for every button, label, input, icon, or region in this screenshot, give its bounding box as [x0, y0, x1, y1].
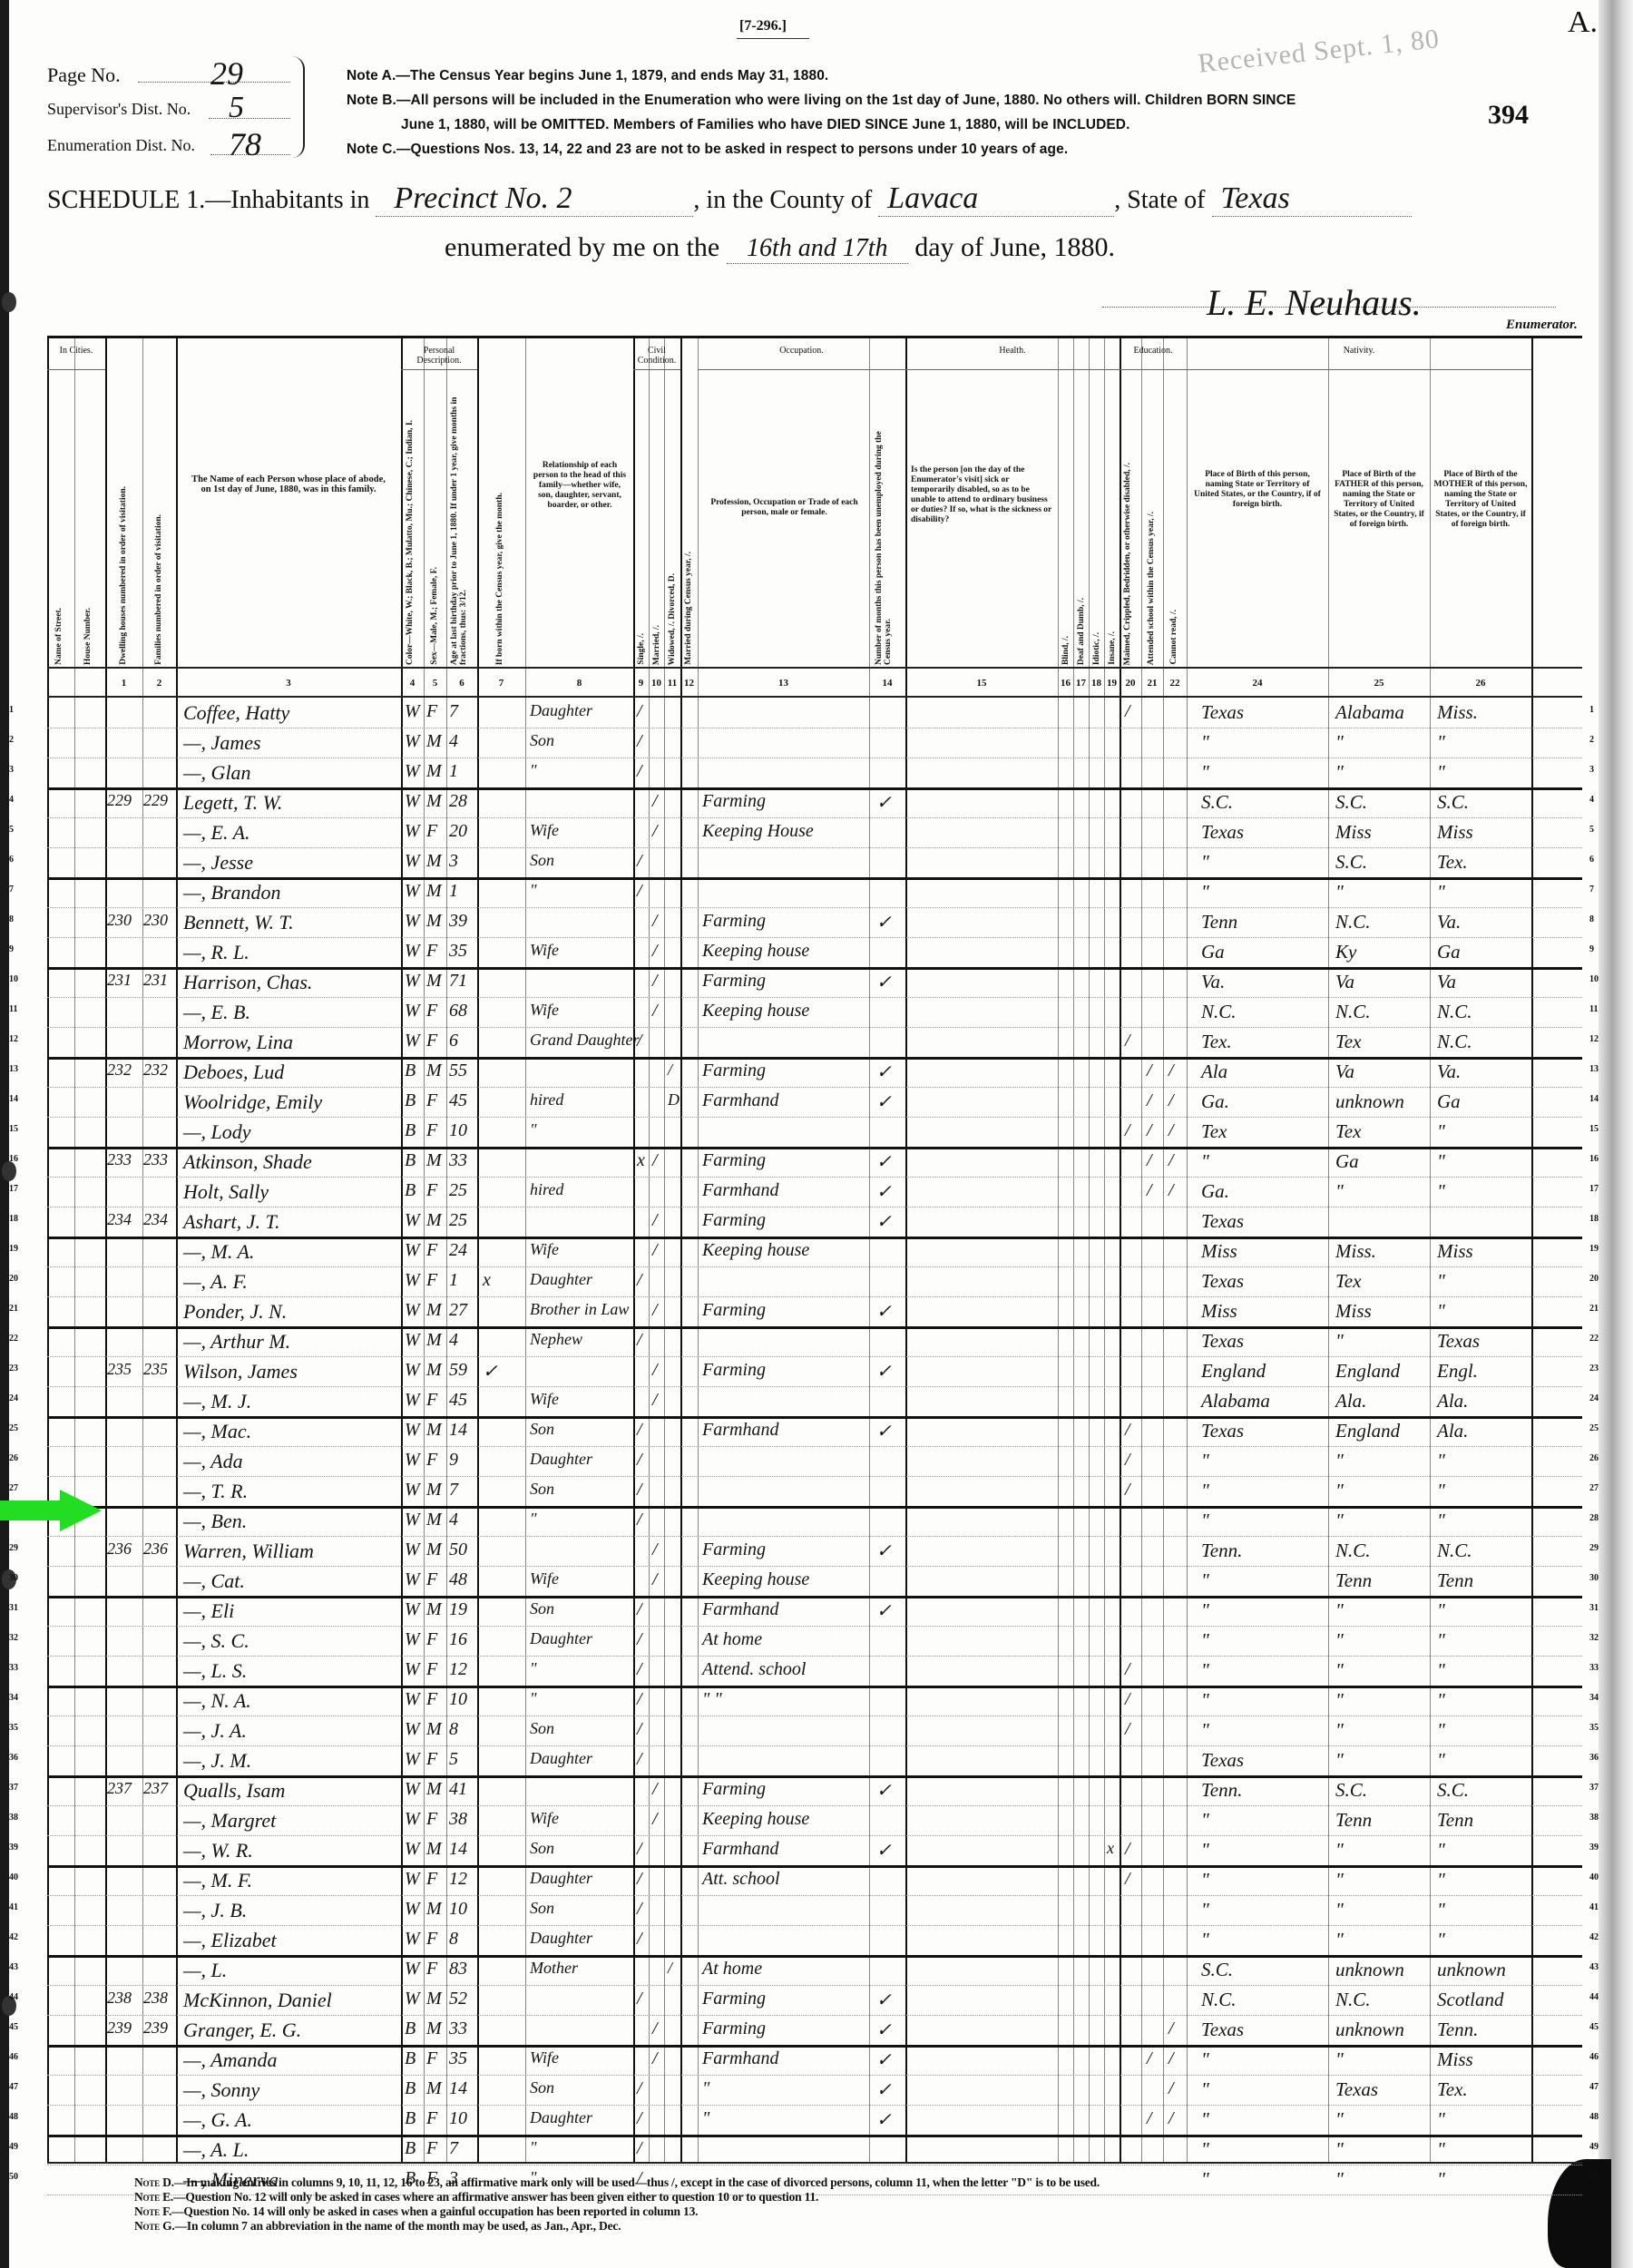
- line-number-left: 23: [9, 1364, 18, 1374]
- line-number-right: 28: [1589, 1513, 1599, 1523]
- mother-birthplace: ": [1437, 1510, 1445, 1532]
- birthplace: Miss: [1201, 1240, 1237, 1263]
- family-number: 233: [143, 1150, 168, 1169]
- line-number-right: 26: [1589, 1453, 1599, 1463]
- mother-birthplace: Ga: [1437, 941, 1461, 963]
- relationship: Nephew: [530, 1330, 582, 1349]
- person-name: Morrow, Lina: [183, 1031, 293, 1054]
- person-name: Granger, E. G.: [183, 2019, 301, 2042]
- color: W: [405, 1330, 420, 1351]
- dwelling-number: 229: [107, 791, 132, 810]
- sex: F: [426, 1689, 437, 1710]
- sex: F: [426, 1120, 437, 1141]
- sex: M: [426, 1599, 442, 1620]
- married-mark: /: [652, 1360, 658, 1381]
- father-birthplace: S.C.: [1335, 791, 1367, 814]
- months-unemployed: ✓: [876, 2048, 892, 2071]
- table-row: 1717Holt, SallyBF25hiredFarmhand✓//Ga."": [47, 1177, 1582, 1207]
- occupation: At home: [702, 1959, 762, 1980]
- line-number-left: 8: [9, 914, 14, 924]
- line-number-right: 6: [1589, 855, 1594, 865]
- person-name: —, S. C.: [183, 1629, 249, 1653]
- person-name: Woolridge, Emily: [183, 1090, 322, 1114]
- colnum-24: 24: [1187, 678, 1328, 689]
- single-mark: /: [637, 1420, 642, 1441]
- line-number-left: 25: [9, 1423, 18, 1433]
- mother-birthplace: ": [1437, 1450, 1445, 1472]
- header-col-13: Profession, Occupation or Trade of each …: [709, 498, 859, 518]
- dwelling-number: 230: [107, 911, 132, 930]
- line-number-right: 47: [1589, 2082, 1599, 2092]
- occupation: Farmhand: [702, 1839, 778, 1860]
- color: W: [405, 1569, 420, 1590]
- person-name: McKinnon, Daniel: [183, 1989, 332, 2012]
- birthplace: N.C.: [1201, 1001, 1237, 1023]
- birthplace: ": [1201, 1809, 1209, 1832]
- sex: M: [426, 1420, 442, 1441]
- relationship: ": [530, 1689, 537, 1708]
- colnum-17: 17: [1073, 678, 1089, 689]
- age: 14: [449, 1839, 467, 1860]
- scan-right-edge: [1599, 0, 1633, 2268]
- mother-birthplace: Tenn: [1437, 1809, 1473, 1832]
- months-unemployed: ✓: [876, 1599, 892, 1622]
- line-number-left: 13: [9, 1064, 18, 1074]
- age: 10: [449, 1689, 467, 1710]
- mother-birthplace: ": [1437, 2138, 1445, 2161]
- colnum-12: 12: [680, 678, 698, 689]
- line-number-left: 19: [9, 1244, 18, 1254]
- enumeration-label: Enumeration Dist. No.: [47, 136, 195, 154]
- header-house-number: House Number.: [83, 608, 93, 665]
- table-row: 4848—, G. A.BF10Daughter/"✓//""": [47, 2105, 1582, 2137]
- page-meta: Page No. 29 Supervisor's Dist. No. 5 Enu…: [47, 64, 292, 172]
- birthplace: ": [1201, 1929, 1209, 1951]
- table-row: 3838—, MargretWF38Wife/Keeping house"Ten…: [47, 1805, 1582, 1836]
- table-row: 2828—, Ben.WM4"/""": [47, 1506, 1582, 1537]
- dwelling-number: 234: [107, 1210, 132, 1229]
- sex: F: [426, 941, 437, 962]
- mother-birthplace: ": [1437, 1899, 1445, 1921]
- person-name: —, Arthur M.: [183, 1330, 290, 1354]
- age: 12: [449, 1869, 467, 1890]
- line-number-left: 49: [9, 2142, 18, 2152]
- birth-month: x: [483, 1270, 491, 1291]
- single-mark: /: [637, 1719, 642, 1740]
- family-number: 235: [143, 1360, 168, 1379]
- colnum-9: 9: [633, 678, 649, 689]
- single-mark: /: [637, 1031, 642, 1051]
- header-col-24: Place of Birth of this person, naming St…: [1192, 470, 1323, 510]
- sex: M: [426, 1330, 442, 1351]
- mother-birthplace: Tex.: [1437, 2078, 1468, 2101]
- table-row: 3535—, J. A.WM8Son//""": [47, 1716, 1582, 1746]
- line-number-right: 16: [1589, 1154, 1599, 1164]
- line-number-left: 33: [9, 1663, 18, 1673]
- attended-school-mark: /: [1125, 1450, 1130, 1471]
- relationship: Daughter: [530, 1629, 592, 1648]
- line-number-right: 12: [1589, 1034, 1599, 1044]
- header-col-18: Idiotic, /.: [1092, 632, 1101, 665]
- relationship: Son: [530, 1420, 554, 1439]
- age: 25: [449, 1210, 467, 1231]
- age: 71: [449, 971, 467, 992]
- sex: F: [426, 1929, 437, 1950]
- birthplace: ": [1201, 881, 1209, 904]
- cannot-write-mark: /: [1169, 1061, 1174, 1081]
- father-birthplace: Tex: [1335, 1031, 1361, 1053]
- group-personal: Personal Description.: [401, 346, 477, 366]
- table-row: 3232—, S. C.WF16Daughter/At home""": [47, 1626, 1582, 1657]
- line-number-left: 14: [9, 1094, 18, 1104]
- table-row: 22—, JamesWM4Son/""": [47, 728, 1582, 758]
- colnum-16: 16: [1058, 678, 1073, 689]
- age: 25: [449, 1180, 467, 1201]
- father-birthplace: ": [1335, 1839, 1344, 1862]
- header-col-2: Families numbered in order of visitation…: [154, 514, 163, 665]
- single-mark: /: [637, 851, 642, 872]
- single-mark: /: [637, 701, 642, 722]
- color: B: [405, 1150, 416, 1171]
- age: 59: [449, 1360, 467, 1381]
- person-name: Deboes, Lud: [183, 1061, 284, 1084]
- header-col-14: Number of months this person has been un…: [875, 420, 898, 665]
- occupation: Farmhand: [702, 1090, 778, 1111]
- color: W: [405, 791, 420, 812]
- person-name: —, Eli: [183, 1599, 234, 1623]
- occupation: Keeping house: [702, 1809, 809, 1830]
- married-mark: /: [652, 971, 658, 992]
- age: 14: [449, 1420, 467, 1441]
- line-number-left: 10: [9, 974, 18, 984]
- line-number-left: 34: [9, 1693, 18, 1703]
- header-col-1: Dwelling houses numbered in order of vis…: [119, 486, 128, 665]
- father-birthplace: ": [1335, 1510, 1344, 1532]
- married-mark: /: [652, 911, 658, 932]
- sex: M: [426, 911, 442, 932]
- months-unemployed: ✓: [876, 1779, 892, 1802]
- birthplace: ": [1201, 1689, 1209, 1712]
- table-row: 1818234234Ashart, J. T.WM25/Farming✓Texa…: [47, 1207, 1582, 1239]
- months-unemployed: ✓: [876, 1090, 892, 1113]
- enumeration-dist-value: 78: [229, 125, 261, 163]
- header-col-25: Place of Birth of the FATHER of this per…: [1332, 470, 1426, 530]
- table-row: 55—, E. A.WF20Wife/Keeping HouseTexasMis…: [47, 817, 1582, 848]
- color: B: [405, 1061, 416, 1081]
- person-name: Qualls, Isam: [183, 1779, 285, 1803]
- person-name: —, James: [183, 731, 261, 755]
- colnum-1: 1: [105, 678, 142, 689]
- color: W: [405, 1959, 420, 1980]
- occupation: Keeping house: [702, 1001, 809, 1022]
- months-unemployed: ✓: [876, 1420, 892, 1442]
- dwelling-number: 231: [107, 971, 132, 990]
- mother-birthplace: N.C.: [1437, 1001, 1472, 1023]
- family-number: 231: [143, 971, 168, 990]
- table-row: 3333—, L. S.WF12"/Attend. school/""": [47, 1656, 1582, 1688]
- person-name: —, A. L.: [183, 2138, 249, 2162]
- line-number-right: 7: [1589, 885, 1594, 894]
- color: W: [405, 881, 420, 902]
- color: W: [405, 761, 420, 782]
- colnum-4: 4: [401, 678, 424, 689]
- mother-birthplace: Ala.: [1437, 1420, 1468, 1442]
- single-mark: /: [637, 1629, 642, 1650]
- line-number-left: 3: [9, 765, 14, 775]
- sex: F: [426, 1031, 437, 1051]
- line-number-right: 17: [1589, 1184, 1599, 1194]
- relationship: ": [530, 1120, 537, 1139]
- color: W: [405, 1300, 420, 1321]
- colnum-25: 25: [1328, 678, 1430, 689]
- age: 10: [449, 2108, 467, 2129]
- birthplace: ": [1201, 2048, 1209, 2071]
- birthplace: Tex.: [1201, 1031, 1232, 1053]
- colnum-22: 22: [1163, 678, 1187, 689]
- header-col-22: Cannot read, /.: [1169, 610, 1178, 665]
- group-education: Education.: [1120, 346, 1187, 356]
- months-unemployed: ✓: [876, 1300, 892, 1323]
- line-number-right: 35: [1589, 1723, 1599, 1733]
- color: W: [405, 1480, 420, 1501]
- single-mark: /: [637, 2138, 642, 2159]
- widowed-divorced-mark: D: [668, 1090, 680, 1110]
- birthplace: Ga.: [1201, 1180, 1229, 1203]
- sex: M: [426, 791, 442, 812]
- day-label: day of June, 1880.: [914, 232, 1115, 262]
- married-mark: /: [652, 1300, 658, 1321]
- mother-birthplace: ": [1437, 1659, 1445, 1682]
- birthplace: ": [1201, 1839, 1209, 1862]
- occupation: Keeping house: [702, 941, 809, 962]
- person-name: Bennett, W. T.: [183, 911, 294, 934]
- line-number-left: 6: [9, 855, 14, 865]
- note-f: Note F.—Question No. 14 will only be ask…: [134, 2204, 1100, 2219]
- green-arrow-icon: [0, 1490, 102, 1531]
- color: W: [405, 911, 420, 932]
- mother-birthplace: ": [1437, 1869, 1445, 1892]
- mother-birthplace: N.C.: [1437, 1031, 1472, 1053]
- age: 68: [449, 1001, 467, 1022]
- father-birthplace: N.C.: [1335, 1001, 1371, 1023]
- sex: F: [426, 1869, 437, 1890]
- colnum-2: 2: [142, 678, 176, 689]
- mother-birthplace: Miss: [1437, 821, 1473, 844]
- line-number-right: 31: [1589, 1603, 1599, 1613]
- sex: M: [426, 1510, 442, 1530]
- father-birthplace: Ala.: [1335, 1390, 1366, 1413]
- father-birthplace: ": [1335, 2168, 1344, 2191]
- enumeration-date-line: enumerated by me on the 16th and 17th da…: [445, 232, 1115, 264]
- table-row: 3737237237Qualls, IsamWM41/Farming✓Tenn.…: [47, 1775, 1582, 1806]
- father-birthplace: ": [1335, 881, 1344, 904]
- dwelling-number: 237: [107, 1779, 132, 1798]
- mother-birthplace: ": [1437, 1150, 1445, 1173]
- table-row: 88230230Bennett, W. T.WM39/Farming✓TennN…: [47, 907, 1582, 938]
- mother-birthplace: ": [1437, 731, 1445, 754]
- line-number-left: 16: [9, 1154, 18, 1164]
- father-birthplace: unknown: [1335, 2019, 1404, 2041]
- attended-school-mark: /: [1125, 1689, 1130, 1710]
- sex: M: [426, 761, 442, 782]
- colnum-18: 18: [1089, 678, 1104, 689]
- line-number-left: 11: [9, 1004, 17, 1014]
- father-birthplace: ": [1335, 731, 1344, 754]
- line-number-left: 43: [9, 1962, 18, 1972]
- person-name: —, L. S.: [183, 1659, 247, 1683]
- group-health: Health.: [905, 346, 1120, 356]
- color: W: [405, 1031, 420, 1051]
- line-number-right: 37: [1589, 1783, 1599, 1793]
- cannot-read-mark: /: [1147, 2048, 1152, 2069]
- father-birthplace: Va: [1335, 971, 1354, 993]
- sex: F: [426, 1749, 437, 1770]
- birthplace: Texas: [1201, 1330, 1244, 1353]
- sex: M: [426, 1989, 442, 2009]
- color: B: [405, 1120, 416, 1141]
- attended-school-mark: /: [1125, 1869, 1130, 1890]
- occupation: Farming: [702, 1210, 766, 1231]
- occupation: Att. school: [702, 1869, 780, 1890]
- person-name: —, Mac.: [183, 1420, 251, 1443]
- father-birthplace: Ky: [1335, 941, 1356, 963]
- sex: F: [426, 701, 437, 722]
- line-number-left: 20: [9, 1274, 18, 1284]
- sex: M: [426, 2019, 442, 2039]
- line-number-right: 34: [1589, 1693, 1599, 1703]
- header-col-11: Widowed, /. Divorced, D.: [668, 573, 677, 665]
- line-number-left: 17: [9, 1184, 18, 1194]
- mother-birthplace: Tex.: [1437, 851, 1468, 874]
- header-col-6: Age at last birthday prior to June 1, 18…: [450, 393, 472, 665]
- father-birthplace: Ga: [1335, 1150, 1359, 1173]
- colnum-15: 15: [905, 678, 1058, 689]
- father-birthplace: Va: [1335, 1061, 1354, 1083]
- cannot-write-mark: /: [1169, 2048, 1174, 2069]
- sex: F: [426, 2108, 437, 2129]
- line-number-left: 1: [9, 705, 14, 715]
- attended-school-mark: /: [1125, 1031, 1130, 1051]
- line-number-right: 13: [1589, 1064, 1599, 1074]
- line-number-right: 43: [1589, 1962, 1599, 1972]
- occupation: Farming: [702, 1360, 766, 1381]
- cannot-read-mark: /: [1147, 1150, 1152, 1171]
- months-unemployed: ✓: [876, 1180, 892, 1203]
- sex: F: [426, 1270, 437, 1291]
- months-unemployed: ✓: [876, 1360, 892, 1383]
- occupation: Farmhand: [702, 1420, 778, 1441]
- relationship: hired: [530, 1090, 563, 1110]
- age: 9: [449, 1450, 458, 1471]
- supervisor-dist-value: 5: [229, 91, 244, 125]
- mother-birthplace: ": [1437, 2108, 1445, 2131]
- birthplace: Alabama: [1201, 1390, 1270, 1413]
- relationship: Wife: [530, 1809, 559, 1828]
- father-birthplace: Tenn: [1335, 1809, 1372, 1832]
- colnum-3: 3: [176, 678, 401, 689]
- birthplace: S.C.: [1201, 791, 1233, 814]
- birthplace: ": [1201, 1480, 1209, 1502]
- age: 12: [449, 1659, 467, 1680]
- relationship: Son: [530, 1839, 554, 1858]
- note-b-cont: June 1, 1880, will be OMITTED. Members o…: [347, 112, 1296, 137]
- relationship: Wife: [530, 2048, 559, 2068]
- line-number-right: 3: [1589, 765, 1594, 775]
- birthplace: Tex: [1201, 1120, 1227, 1143]
- color: W: [405, 1899, 420, 1920]
- age: 5: [449, 1749, 458, 1770]
- age: 33: [449, 2019, 467, 2039]
- family-number: 238: [143, 1989, 168, 2008]
- mother-birthplace: ": [1437, 1929, 1445, 1951]
- line-number-left: 42: [9, 1932, 18, 1942]
- cannot-write-mark: /: [1169, 2078, 1174, 2099]
- group-nativity: Nativity.: [1187, 346, 1531, 356]
- color: W: [405, 971, 420, 992]
- mother-birthplace: ": [1437, 1689, 1445, 1712]
- mother-birthplace: Va: [1437, 971, 1456, 993]
- occupation: Farming: [702, 1061, 766, 1081]
- colnum-21: 21: [1141, 678, 1163, 689]
- relationship: Wife: [530, 1390, 559, 1409]
- months-unemployed: ✓: [876, 971, 892, 993]
- age: 4: [449, 1510, 458, 1530]
- binding-tack: [2, 1161, 16, 1181]
- divider: [737, 38, 809, 39]
- father-birthplace: N.C.: [1335, 1540, 1371, 1562]
- family-number: 232: [143, 1061, 168, 1080]
- table-row: 2626—, AdaWF9Daughter//""": [47, 1446, 1582, 1477]
- line-number-right: 46: [1589, 2052, 1599, 2062]
- age: 1: [449, 1270, 458, 1291]
- line-number-left: 18: [9, 1214, 18, 1224]
- married-mark: /: [652, 1809, 658, 1830]
- brace: [288, 56, 305, 158]
- line-number-left: 26: [9, 1453, 18, 1463]
- mother-birthplace: Ga: [1437, 1090, 1461, 1113]
- father-birthplace: ": [1335, 2138, 1344, 2161]
- person-name: —, N. A.: [183, 1689, 251, 1713]
- colnum-19: 19: [1104, 678, 1120, 689]
- relationship: ": [530, 881, 537, 900]
- table-row: 4949—, A. L.BF7"/""": [47, 2135, 1582, 2165]
- age: 24: [449, 1240, 467, 1261]
- color: B: [405, 2138, 416, 2159]
- relationship: Wife: [530, 1001, 559, 1020]
- mother-birthplace: ": [1437, 761, 1445, 784]
- person-name: —, Ben.: [183, 1510, 247, 1533]
- sex: F: [426, 1659, 437, 1680]
- color: W: [405, 941, 420, 962]
- mother-birthplace: ": [1437, 1749, 1445, 1772]
- color: B: [405, 2108, 416, 2129]
- county-value: Lavaca: [878, 181, 1114, 217]
- relationship: Son: [530, 2078, 554, 2097]
- table-row: 1919—, M. A.WF24Wife/Keeping houseMissMi…: [47, 1237, 1582, 1267]
- cannot-read-mark: /: [1147, 2108, 1152, 2129]
- age: 14: [449, 2078, 467, 2099]
- line-number-right: 24: [1589, 1393, 1599, 1403]
- line-number-right: 5: [1589, 825, 1594, 835]
- color: W: [405, 1390, 420, 1411]
- table-row: 11Coffee, HattyWF7Daughter//TexasAlabama…: [47, 698, 1582, 728]
- birthplace: ": [1201, 1510, 1209, 1532]
- person-name: —, Sonny: [183, 2078, 259, 2102]
- mother-birthplace: Miss.: [1437, 701, 1478, 724]
- single-mark: /: [637, 1839, 642, 1860]
- sex: M: [426, 731, 442, 752]
- occupation: Keeping house: [702, 1569, 809, 1590]
